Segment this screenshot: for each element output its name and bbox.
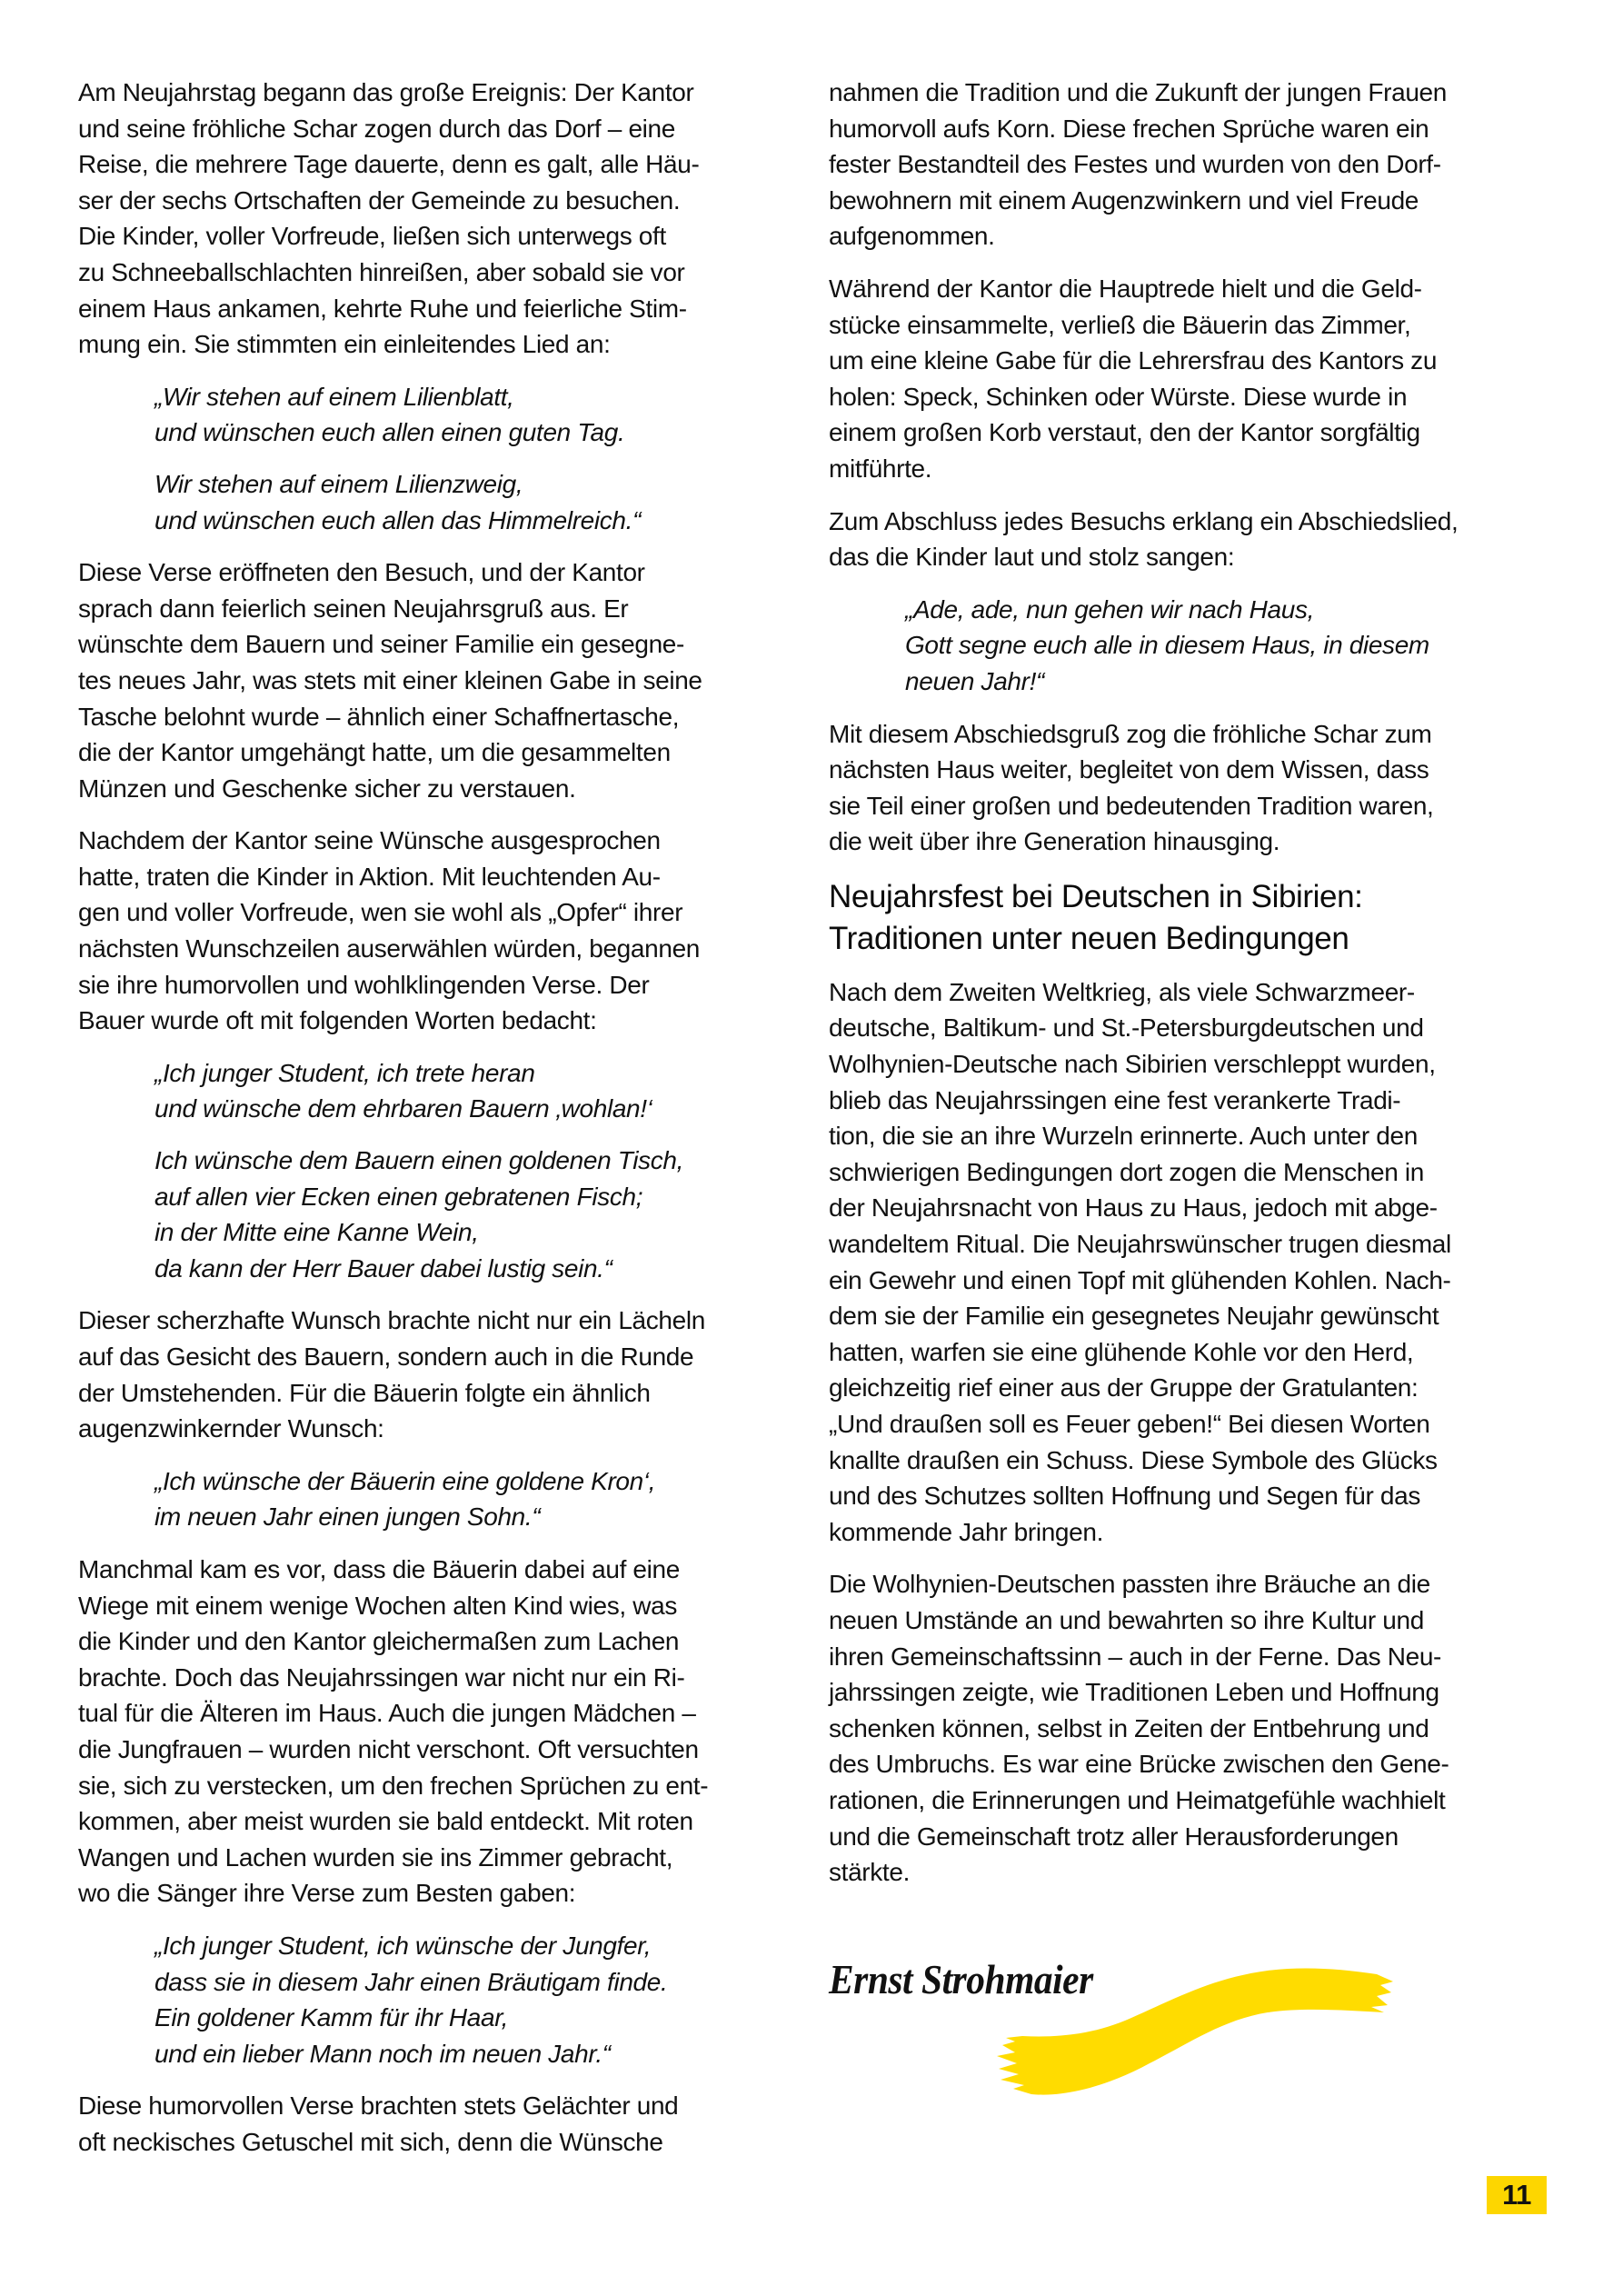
text-line: hatte, traten die Kinder in Aktion. Mit …: [78, 859, 814, 895]
section-heading: Neujahrsfest bei Deutschen in Sibirien: …: [829, 876, 1565, 960]
paragraph: Manchmal kam es vor, dass die Bäuerin da…: [78, 1552, 814, 1912]
text-line: nächsten Haus weiter, begleitet von dem …: [829, 752, 1565, 788]
verse-stanza: „Ich junger Student, ich wünsche der Jun…: [154, 1928, 814, 2071]
text-line: rationen, die Erinnerungen und Heimatgef…: [829, 1782, 1565, 1819]
text-line: Die Kinder, voller Vorfreude, ließen sic…: [78, 218, 814, 255]
text-line: wo die Sänger ihre Verse zum Besten gabe…: [78, 1875, 814, 1912]
text-line: augenzwinkernder Wunsch:: [78, 1411, 814, 1447]
text-line: holen: Speck, Schinken oder Würste. Dies…: [829, 379, 1565, 415]
text-line: sie ihre humorvollen und wohlklingenden …: [78, 967, 814, 1003]
text-line: und seine fröhliche Schar zogen durch da…: [78, 111, 814, 147]
text-line: einem großen Korb verstaut, den der Kant…: [829, 414, 1565, 451]
verse-line: und wünschen euch allen einen guten Tag.: [154, 414, 814, 451]
text-line: fester Bestandteil des Festes und wurden…: [829, 146, 1565, 183]
verse-stanza: „Ade, ade, nun gehen wir nach Haus,Gott …: [905, 592, 1565, 700]
text-line: sprach dann feierlich seinen Neujahrsgru…: [78, 591, 814, 627]
text-line: stücke einsammelte, verließ die Bäuerin …: [829, 307, 1565, 344]
verse-line: „Wir stehen auf einem Lilienblatt,: [154, 379, 814, 415]
text-line: wünschte dem Bauern und seiner Familie e…: [78, 626, 814, 663]
text-line: Nach dem Zweiten Weltkrieg, als viele Sc…: [829, 974, 1565, 1011]
text-line: bewohnern mit einem Augenzwinkern und vi…: [829, 183, 1565, 219]
verse-line: Wir stehen auf einem Lilienzweig,: [154, 466, 814, 503]
text-line: Diese humorvollen Verse brachten stets G…: [78, 2088, 814, 2124]
paragraph: Zum Abschluss jedes Besuchs erklang ein …: [829, 504, 1565, 575]
verse-stanza: „Wir stehen auf einem Lilienblatt,und wü…: [154, 379, 814, 451]
verse-line: Ein goldener Kamm für ihr Haar,: [154, 2000, 814, 2036]
text-line: zu Schneeballschlachten hinreißen, aber …: [78, 255, 814, 291]
text-line: tes neues Jahr, was stets mit einer klei…: [78, 663, 814, 699]
verse-line: und ein lieber Mann noch im neuen Jahr.“: [154, 2036, 814, 2072]
paragraph: Die Wolhynien-Deutschen passten ihre Brä…: [829, 1566, 1565, 1890]
verse-line: „Ade, ade, nun gehen wir nach Haus,: [905, 592, 1565, 628]
text-line: tual für die Älteren im Haus. Auch die j…: [78, 1695, 814, 1732]
text-line: die Jungfrauen – wurden nicht verschont.…: [78, 1732, 814, 1768]
author-signature: Ernst Strohmaier: [829, 1954, 1093, 2005]
verse-line: „Ich junger Student, ich wünsche der Jun…: [154, 1928, 814, 1964]
text-line: Dieser scherzhafte Wunsch brachte nicht …: [78, 1303, 814, 1339]
text-line: Reise, die mehrere Tage dauerte, denn es…: [78, 146, 814, 183]
verse-line: auf allen vier Ecken einen gebratenen Fi…: [154, 1179, 814, 1215]
verse-quote: „Ich wünsche der Bäuerin eine goldene Kr…: [154, 1463, 814, 1535]
text-line: gleichzeitig rief einer aus der Gruppe d…: [829, 1370, 1565, 1406]
text-line: sie Teil einer großen und bedeutenden Tr…: [829, 788, 1565, 824]
paragraph: Dieser scherzhafte Wunsch brachte nicht …: [78, 1303, 814, 1446]
text-line: „Und draußen soll es Feuer geben!“ Bei d…: [829, 1406, 1565, 1442]
verse-stanza: „Ich junger Student, ich trete heranund …: [154, 1055, 814, 1127]
text-line: und die Gemeinschaft trotz aller Herausf…: [829, 1819, 1565, 1855]
text-line: und des Schutzes sollten Hoffnung und Se…: [829, 1478, 1565, 1514]
text-line: gen und voller Vorfreude, wen sie wohl a…: [78, 894, 814, 931]
verse-line: und wünschen euch allen das Himmelreich.…: [154, 503, 814, 539]
text-line: Die Wolhynien-Deutschen passten ihre Brä…: [829, 1566, 1565, 1602]
text-line: kommende Jahr bringen.: [829, 1514, 1565, 1551]
verse-line: „Ich junger Student, ich trete heran: [154, 1055, 814, 1092]
text-line: Wolhynien-Deutsche nach Sibirien verschl…: [829, 1046, 1565, 1083]
verse-line: Ich wünsche dem Bauern einen goldenen Ti…: [154, 1143, 814, 1179]
paragraph: Während der Kantor die Hauptrede hielt u…: [829, 271, 1565, 487]
section-heading-line: Neujahrsfest bei Deutschen in Sibirien:: [829, 876, 1565, 918]
text-line: das die Kinder laut und stolz sangen:: [829, 539, 1565, 575]
text-line: deutsche, Baltikum- und St.-Petersburgde…: [829, 1010, 1565, 1046]
text-line: der Neujahrsnacht von Haus zu Haus, jedo…: [829, 1190, 1565, 1226]
text-line: stärkte.: [829, 1854, 1565, 1891]
verse-line: und wünsche dem ehrbaren Bauern ‚wohlan!…: [154, 1091, 814, 1127]
verse-line: neuen Jahr!“: [905, 664, 1565, 700]
text-line: auf das Gesicht des Bauern, sondern auch…: [78, 1339, 814, 1375]
verse-quote: „Wir stehen auf einem Lilienblatt,und wü…: [154, 379, 814, 538]
text-line: schwierigen Bedingungen dort zogen die M…: [829, 1154, 1565, 1191]
text-line: schenken können, selbst in Zeiten der En…: [829, 1711, 1565, 1747]
text-line: der Umstehenden. Für die Bäuerin folgte …: [78, 1375, 814, 1412]
text-line: Wiege mit einem wenige Wochen alten Kind…: [78, 1588, 814, 1624]
text-line: Wangen und Lachen wurden sie ins Zimmer …: [78, 1840, 814, 1876]
text-line: wandeltem Ritual. Die Neujahrswünscher t…: [829, 1226, 1565, 1263]
paragraph: Diese humorvollen Verse brachten stets G…: [78, 2088, 814, 2160]
text-line: die Kinder und den Kantor gleichermaßen …: [78, 1623, 814, 1660]
section-heading-line: Traditionen unter neuen Bedingungen: [829, 918, 1565, 960]
text-line: Am Neujahrstag begann das große Ereignis…: [78, 75, 814, 111]
left-column: Am Neujahrstag begann das große Ereignis…: [78, 75, 814, 2176]
text-line: Nachdem der Kantor seine Wünsche ausgesp…: [78, 823, 814, 859]
verse-line: da kann der Herr Bauer dabei lustig sein…: [154, 1251, 814, 1287]
verse-quote: „Ich junger Student, ich wünsche der Jun…: [154, 1928, 814, 2071]
verse-line: im neuen Jahr einen jungen Sohn.“: [154, 1499, 814, 1535]
text-line: mung ein. Sie stimmten ein einleitendes …: [78, 326, 814, 363]
text-line: Bauer wurde oft mit folgenden Worten bed…: [78, 1003, 814, 1039]
text-line: dem sie der Familie ein gesegnetes Neuja…: [829, 1298, 1565, 1334]
text-line: um eine kleine Gabe für die Lehrersfrau …: [829, 343, 1565, 379]
verse-line: in der Mitte eine Kanne Wein,: [154, 1214, 814, 1251]
paragraph: Am Neujahrstag begann das große Ereignis…: [78, 75, 814, 363]
verse-quote: „Ade, ade, nun gehen wir nach Haus,Gott …: [905, 592, 1565, 700]
verse-line: dass sie in diesem Jahr einen Bräutigam …: [154, 1964, 814, 2001]
text-line: ihren Gemeinschaftssinn – auch in der Fe…: [829, 1639, 1565, 1675]
magazine-page: Am Neujahrstag begann das große Ereignis…: [0, 0, 1623, 2296]
paragraph: Mit diesem Abschiedsgruß zog die fröhlic…: [829, 716, 1565, 860]
text-line: knallte draußen ein Schuss. Diese Symbol…: [829, 1442, 1565, 1479]
text-line: aufgenommen.: [829, 218, 1565, 255]
text-line: die der Kantor umgehängt hatte, um die g…: [78, 734, 814, 771]
text-line: sie, sich zu verstecken, um den frechen …: [78, 1768, 814, 1804]
text-line: neuen Umstände an und bewahrten so ihre …: [829, 1602, 1565, 1639]
text-line: ser der sechs Ortschaften der Gemeinde z…: [78, 183, 814, 219]
text-line: tion, die sie an ihre Wurzeln erinnerte.…: [829, 1118, 1565, 1154]
text-line: Manchmal kam es vor, dass die Bäuerin da…: [78, 1552, 814, 1588]
paragraph: Nach dem Zweiten Weltkrieg, als viele Sc…: [829, 974, 1565, 1551]
page-number: 11: [1502, 2179, 1531, 2211]
text-line: nächsten Wunschzeilen auserwählen würden…: [78, 931, 814, 967]
right-column: nahmen die Tradition und die Zukunft der…: [829, 75, 1565, 1907]
paragraph: Diese Verse eröffneten den Besuch, und d…: [78, 554, 814, 806]
verse-line: „Ich wünsche der Bäuerin eine goldene Kr…: [154, 1463, 814, 1500]
text-line: nahmen die Tradition und die Zukunft der…: [829, 75, 1565, 111]
text-line: ein Gewehr und einen Topf mit glühenden …: [829, 1263, 1565, 1299]
text-line: oft neckisches Getuschel mit sich, denn …: [78, 2124, 814, 2161]
text-line: Mit diesem Abschiedsgruß zog die fröhlic…: [829, 716, 1565, 753]
text-line: des Umbruchs. Es war eine Brücke zwische…: [829, 1746, 1565, 1782]
text-line: jahrssingen zeigte, wie Traditionen Lebe…: [829, 1674, 1565, 1711]
page-number-badge: 11: [1487, 2176, 1547, 2214]
text-line: kommen, aber meist wurden sie bald entde…: [78, 1803, 814, 1840]
text-line: hatten, warfen sie eine glühende Kohle v…: [829, 1334, 1565, 1371]
text-line: brachte. Doch das Neujahrssingen war nic…: [78, 1660, 814, 1696]
verse-stanza: Wir stehen auf einem Lilienzweig,und wün…: [154, 466, 814, 538]
text-line: blieb das Neujahrssingen eine fest veran…: [829, 1083, 1565, 1119]
text-line: Tasche belohnt wurde – ähnlich einer Sch…: [78, 699, 814, 735]
text-line: einem Haus ankamen, kehrte Ruhe und feie…: [78, 291, 814, 327]
verse-line: Gott segne euch alle in diesem Haus, in …: [905, 627, 1565, 664]
paragraph: Nachdem der Kantor seine Wünsche ausgesp…: [78, 823, 814, 1039]
text-line: mitführte.: [829, 451, 1565, 487]
verse-stanza: Ich wünsche dem Bauern einen goldenen Ti…: [154, 1143, 814, 1286]
text-line: Diese Verse eröffneten den Besuch, und d…: [78, 554, 814, 591]
verse-quote: „Ich junger Student, ich trete heranund …: [154, 1055, 814, 1287]
verse-stanza: „Ich wünsche der Bäuerin eine goldene Kr…: [154, 1463, 814, 1535]
text-line: Während der Kantor die Hauptrede hielt u…: [829, 271, 1565, 307]
text-line: humorvoll aufs Korn. Diese frechen Sprüc…: [829, 111, 1565, 147]
text-line: Münzen und Geschenke sicher zu verstauen…: [78, 771, 814, 807]
paragraph: nahmen die Tradition und die Zukunft der…: [829, 75, 1565, 255]
text-line: Zum Abschluss jedes Besuchs erklang ein …: [829, 504, 1565, 540]
text-line: die weit über ihre Generation hinausging…: [829, 824, 1565, 860]
